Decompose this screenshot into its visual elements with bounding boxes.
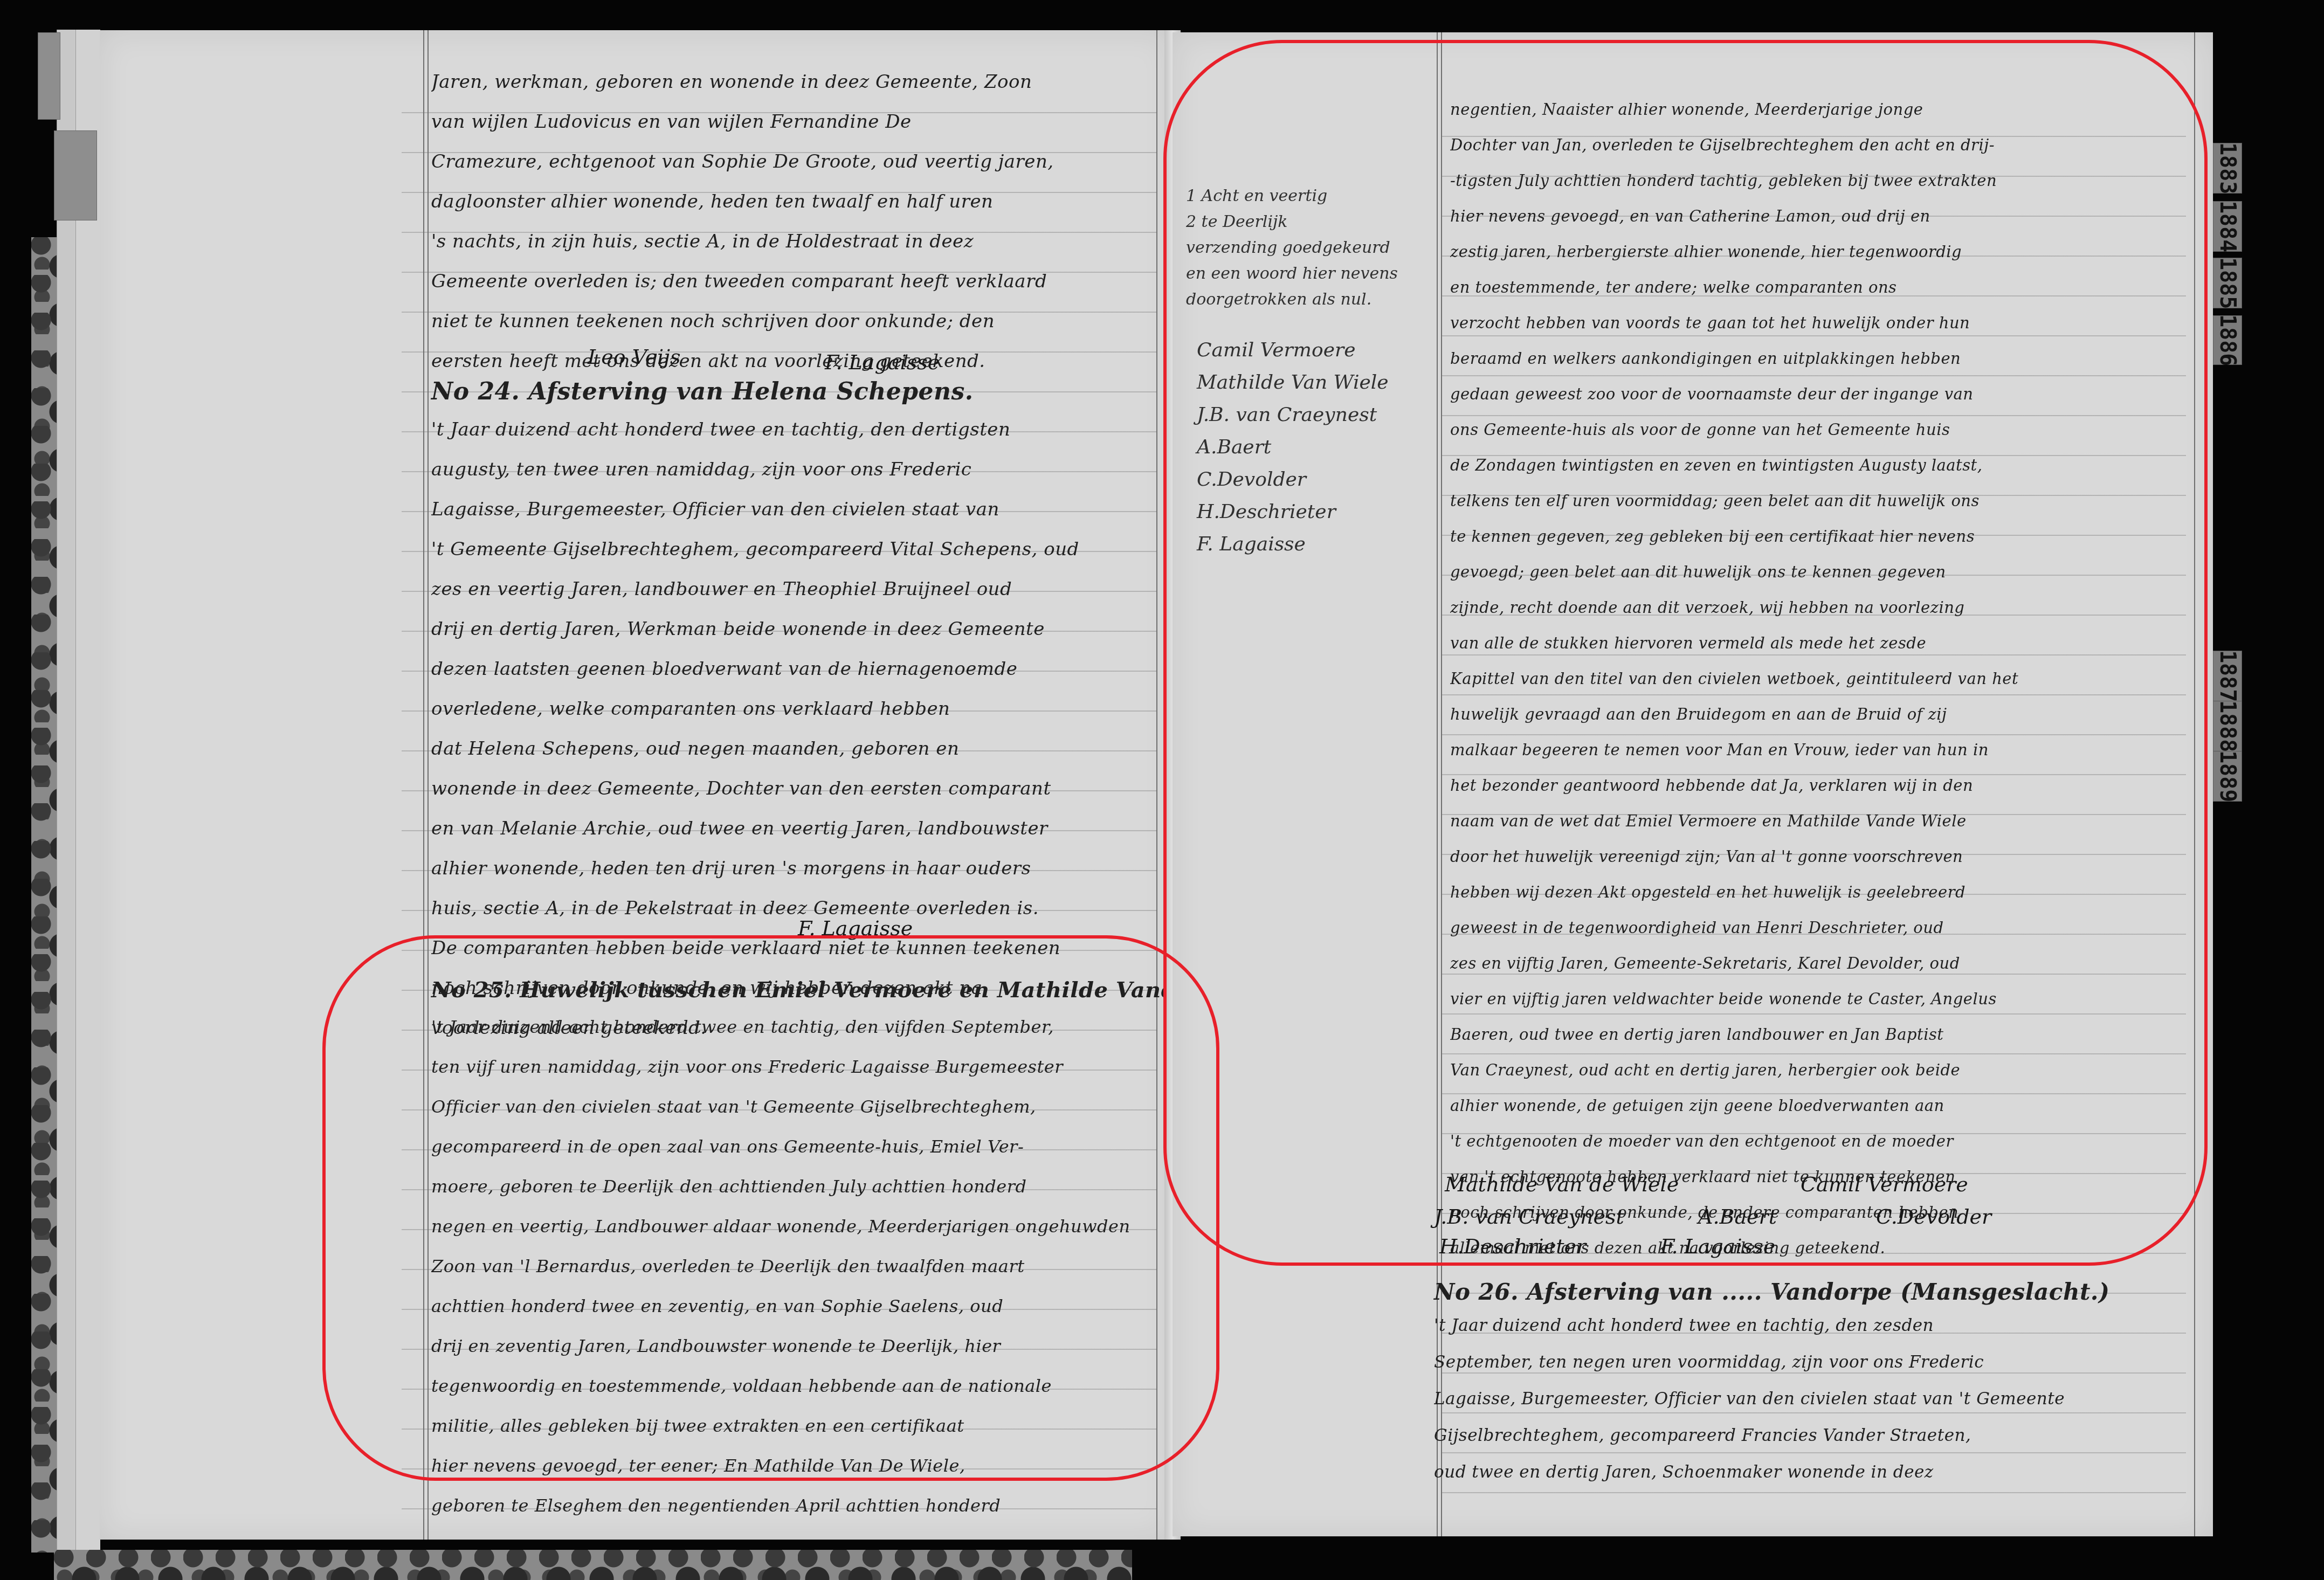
- page-stack-edge: [75, 30, 100, 1550]
- marbled-cover-edge: [31, 237, 58, 1553]
- text-line: Officier van den civielen staat van 't G…: [431, 1087, 1130, 1127]
- text-line: zijnde, recht doende aan dit verzoek, wi…: [1450, 590, 2018, 625]
- text-line: achttien honderd twee en zeventig, en va…: [431, 1286, 1130, 1326]
- text-line: 1 Acht en veertig: [1186, 183, 1398, 209]
- signature: Mathilde Van Wiele: [1197, 367, 1389, 399]
- margin-rule: [423, 30, 424, 1540]
- text-line: doorgetrokken als nul.: [1186, 287, 1398, 313]
- signature: F. Lagaisse: [1660, 1234, 1775, 1258]
- text-line: 't echtgenooten de moeder van den echtge…: [1450, 1123, 2018, 1159]
- signature: F. Lagaisse: [798, 916, 913, 940]
- text-line: overledene, welke comparanten ons verkla…: [431, 689, 1079, 729]
- year-tab-1886[interactable]: 1886: [2213, 315, 2242, 365]
- signature: H.Deschrieter: [1197, 496, 1389, 528]
- text-line: Baeren, oud twee en dertig jaren landbou…: [1450, 1017, 2018, 1052]
- text-line: moere, geboren te Deerlijk den achttiend…: [431, 1167, 1130, 1206]
- act-24-body: 't Jaar duizend acht honderd twee en tac…: [431, 410, 1079, 1048]
- left-index-tab: [54, 130, 97, 220]
- text-line: geboren te Elseghem den negentienden Apr…: [431, 1486, 1130, 1526]
- text-line: Jaren, werkman, geboren en wonende in de…: [431, 62, 1054, 102]
- text-line: te kennen gegeven, zeg gebleken bij een …: [1450, 519, 2018, 554]
- signature: J.B. van Craeynest: [1434, 1205, 1624, 1229]
- signature: A.Baert: [1197, 431, 1389, 464]
- text-line: malkaar begeeren te nemen voor Man en Vr…: [1450, 732, 2018, 768]
- text-line: wonende in deez Gemeente, Dochter van de…: [431, 769, 1079, 809]
- text-line: zes en vijftig Jaren, Gemeente-Sekretari…: [1450, 946, 2018, 981]
- year-tab-1885[interactable]: 1885: [2213, 258, 2242, 308]
- text-line: gecompareerd in de open zaal van ons Gem…: [431, 1127, 1130, 1167]
- act-number: No 24.: [431, 378, 520, 405]
- text-line: van wijlen Ludovicus en van wijlen Ferna…: [431, 102, 1054, 142]
- signature: C.Devolder: [1876, 1205, 1991, 1229]
- signature: J.B. van Craeynest: [1197, 399, 1389, 431]
- signature: Mathilde Van de Wiele: [1445, 1172, 1679, 1196]
- text-line: De comparanten hebben beide verklaard ni…: [431, 928, 1079, 968]
- margin-rule: [427, 30, 429, 1540]
- text-line: Kapittel van den titel van den civielen …: [1450, 661, 2018, 696]
- text-line: zestig jaren, herbergierste alhier wonen…: [1450, 234, 2018, 270]
- margin-signatures: Camil Vermoere Mathilde Van Wiele J.B. v…: [1197, 334, 1389, 561]
- text-line: verzocht hebben van voords te gaan tot h…: [1450, 305, 2018, 341]
- text-line: oud twee en dertig Jaren, Schoenmaker wo…: [1434, 1454, 2065, 1491]
- text-line: Gemeente overleden is; den tweeden compa…: [431, 261, 1054, 301]
- year-tab-1889[interactable]: 1889: [2213, 751, 2242, 802]
- act-number: No 25.: [431, 977, 512, 1003]
- text-line: zes en veertig Jaren, landbouwer en Theo…: [431, 569, 1079, 609]
- right-margin-rule: [1156, 30, 1157, 1540]
- act-23-continuation: Jaren, werkman, geboren en wonende in de…: [431, 62, 1054, 381]
- text-line: ten vijf uren namiddag, zijn voor ons Fr…: [431, 1047, 1130, 1087]
- signature: Leo Veijs: [588, 345, 681, 369]
- signature: F. Lagaisse: [1197, 528, 1389, 561]
- text-line: geweest in de tegenwoordigheid van Henri…: [1450, 910, 2018, 946]
- text-line: Lagaisse, Burgemeester, Officier van den…: [1434, 1381, 2065, 1417]
- signature: Camil Vermoere: [1801, 1172, 1968, 1196]
- text-line: 2 te Deerlijk: [1186, 209, 1398, 235]
- text-line: Gijselbrechteghem, gecompareerd Francies…: [1434, 1417, 2065, 1454]
- act-title: Afsterving van Helena Schepens.: [528, 378, 973, 405]
- text-line: ons Gemeente-huis als voor de gonne van …: [1450, 412, 2018, 447]
- text-line: de Zondagen twintigsten en zeven en twin…: [1450, 447, 2018, 483]
- text-line: vier en vijftig jaren veldwachter beide …: [1450, 981, 2018, 1017]
- text-line: en een woord hier nevens: [1186, 261, 1398, 287]
- year-tab-1883[interactable]: 1883: [2213, 143, 2242, 194]
- act-title: Huwelijk tusschen Emiel Vermoere en Math…: [520, 977, 1267, 1003]
- text-line: 't Jaar duizend acht honderd twee en tac…: [431, 1007, 1130, 1047]
- text-line: September, ten negen uren voormiddag, zi…: [1434, 1344, 2065, 1381]
- text-line: naam van de wet dat Emiel Vermoere en Ma…: [1450, 803, 2018, 839]
- text-line: hebben wij dezen Akt opgesteld en het hu…: [1450, 874, 2018, 910]
- act-26-body: 't Jaar duizend acht honderd twee en tac…: [1434, 1307, 2065, 1491]
- text-line: drij en zeventig Jaren, Landbouwster won…: [431, 1326, 1130, 1366]
- text-line: Lagaisse, Burgemeester, Officier van den…: [431, 489, 1079, 529]
- text-line: huwelijk gevraagd aan den Bruidegom en a…: [1450, 696, 2018, 732]
- act-25-continuation: negentien, Naaister alhier wonende, Meer…: [1450, 92, 2018, 1266]
- text-line: 't Jaar duizend acht honderd twee en tac…: [1434, 1307, 2065, 1344]
- text-line: gevoegd; geen belet aan dit huwelijk ons…: [1450, 554, 2018, 590]
- act-25-body: 't Jaar duizend acht honderd twee en tac…: [431, 1007, 1130, 1526]
- signature: H.Deschrieter: [1439, 1234, 1586, 1258]
- text-line: 't Gemeente Gijselbrechteghem, gecompare…: [431, 529, 1079, 569]
- text-line: beraamd en welkers aankondigingen en uit…: [1450, 341, 2018, 376]
- text-line: niet te kunnen teekenen noch schrijven d…: [431, 301, 1054, 341]
- text-line: telkens ten elf uren voormiddag; geen be…: [1450, 483, 2018, 519]
- act-24-heading: No 24. Afsterving van Helena Schepens.: [431, 372, 974, 412]
- text-line: van alle de stukken hiervoren vermeld al…: [1450, 625, 2018, 661]
- text-line: dagloonster alhier wonende, heden ten tw…: [431, 182, 1054, 222]
- text-line: drij en dertig Jaren, Werkman beide wone…: [431, 609, 1079, 649]
- signature: C.Devolder: [1197, 464, 1389, 496]
- text-line: Zoon van 'l Bernardus, overleden te Deer…: [431, 1246, 1130, 1286]
- right-margin-rule: [2194, 32, 2195, 1536]
- text-line: negentien, Naaister alhier wonende, Meer…: [1450, 92, 2018, 127]
- text-line: alhier wonende, heden ten drij uren 's m…: [431, 848, 1079, 888]
- signature: A.Baert: [1698, 1205, 1777, 1229]
- margin-note: 1 Acht en veertig 2 te Deerlijk verzendi…: [1186, 183, 1398, 313]
- text-line: het bezonder geantwoord hebbende dat Ja,…: [1450, 768, 2018, 803]
- text-line: verzending goedgekeurd: [1186, 235, 1398, 261]
- text-line: hier nevens gevoegd, ter eener; En Mathi…: [431, 1446, 1130, 1486]
- text-line: militie, alles gebleken bij twee extrakt…: [431, 1406, 1130, 1446]
- text-line: gedaan geweest zoo voor de voornaamste d…: [1450, 376, 2018, 412]
- marbled-cover-bottom: [54, 1550, 1132, 1580]
- signature: Camil Vermoere: [1197, 334, 1389, 367]
- year-tab-1884[interactable]: 1884: [2213, 201, 2242, 252]
- act-title: Afsterving van ..... Vandorpe (Mansgesla…: [1527, 1279, 2109, 1305]
- act-number: No 26.: [1434, 1279, 1519, 1305]
- text-line: Cramezure, echtgenoot van Sophie De Groo…: [431, 142, 1054, 182]
- left-index-tab: [38, 32, 60, 120]
- text-line: en van Melanie Archie, oud twee en veert…: [431, 809, 1079, 848]
- text-line: tegenwoordig en toestemmende, voldaan he…: [431, 1366, 1130, 1406]
- text-line: hier nevens gevoegd, en van Catherine La…: [1450, 198, 2018, 234]
- year-tab-1887[interactable]: 1887: [2213, 651, 2242, 701]
- text-line: door het huwelijk vereenigd zijn; Van al…: [1450, 839, 2018, 874]
- text-line: -tigsten July achttien honderd tachtig, …: [1450, 163, 2018, 198]
- signature: F. Lagaisse: [825, 350, 940, 374]
- text-line: negen en veertig, Landbouwer aldaar wone…: [431, 1206, 1130, 1246]
- text-line: en toestemmende, ter andere; welke compa…: [1450, 270, 2018, 305]
- text-line: dat Helena Schepens, oud negen maanden, …: [431, 729, 1079, 769]
- text-line: 't Jaar duizend acht honderd twee en tac…: [431, 410, 1079, 450]
- act-26-heading: No 26. Afsterving van ..... Vandorpe (Ma…: [1434, 1272, 2109, 1312]
- text-line: 's nachts, in zijn huis, sectie A, in de…: [431, 222, 1054, 261]
- text-line: huis, sectie A, in de Pekelstraat in dee…: [431, 888, 1079, 928]
- year-tab-1888[interactable]: 1888: [2213, 701, 2242, 751]
- text-line: augusty, ten twee uren namiddag, zijn vo…: [431, 450, 1079, 489]
- text-line: Dochter van Jan, overleden te Gijselbrec…: [1450, 127, 2018, 163]
- text-line: alhier wonende, de getuigen zijn geene b…: [1450, 1088, 2018, 1123]
- text-line: Van Craeynest, oud acht en dertig jaren,…: [1450, 1052, 2018, 1088]
- act-25-heading: No 25. Huwelijk tusschen Emiel Vermoere …: [431, 970, 1267, 1010]
- text-line: dezen laatsten geenen bloedverwant van d…: [431, 649, 1079, 689]
